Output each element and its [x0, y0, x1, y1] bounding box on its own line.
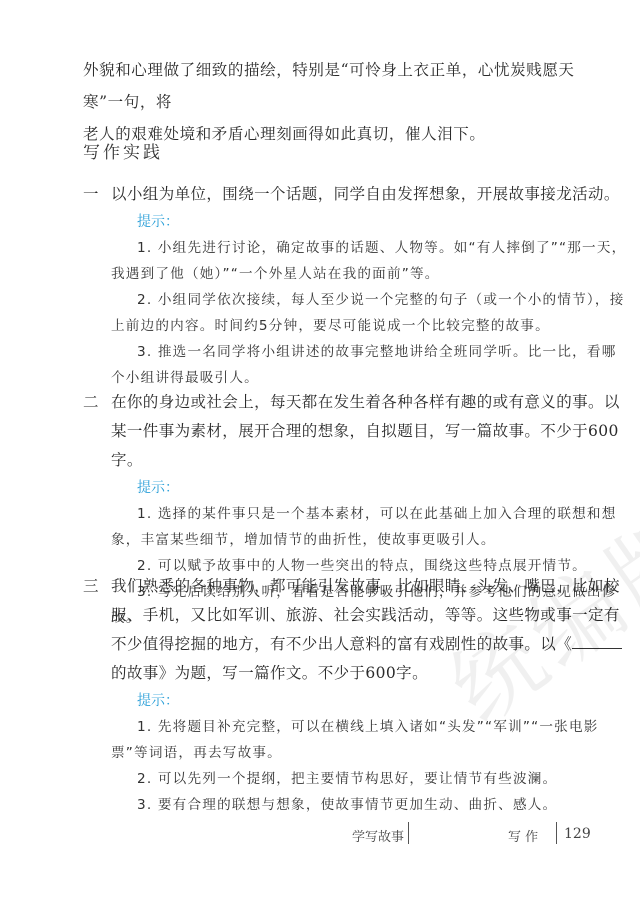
- task-text: 在你的身边或社会上，每天都在发生着各种各样有趣的或有意义的事。以某一件事为素材，…: [111, 388, 628, 475]
- tip-item: 1. 小组先进行讨论，确定故事的话题、人物等。如“有人摔倒了”“那一天，我遇到了…: [111, 235, 628, 287]
- footer-chapter: 学写故事: [352, 826, 404, 845]
- intro-paragraph: 外貌和心理做了细致的描绘，特别是“可怜身上衣正单，心忧炭贱愿天寒”一句，将 老人…: [83, 54, 613, 150]
- task-1: 一 以小组为单位，围绕一个话题，同学自由发挥想象，开展故事接龙活动。 提示： 1…: [83, 180, 628, 391]
- task-text-before-blank: 我们熟悉的各种事物，都可能引发故事，比如眼睛、头发、嘴巴，比如校服、手机，又比如…: [111, 577, 620, 653]
- task-text-after-blank: 的故事》为题，写一篇作文。不少于600字。: [111, 664, 428, 682]
- section-title: 写作实践: [83, 138, 163, 163]
- task-number: 三: [83, 572, 99, 601]
- task-number: 二: [83, 388, 99, 417]
- intro-line-1: 外貌和心理做了细致的描绘，特别是“可怜身上衣正单，心忧炭贱愿天寒”一句，将: [83, 54, 613, 118]
- task-text: 我们熟悉的各种事物，都可能引发故事，比如眼睛、头发、嘴巴，比如校服、手机，又比如…: [111, 572, 628, 688]
- footer-divider: [408, 822, 409, 844]
- tip-item: 3. 推选一名同学将小组讲述的故事完整地讲给全班同学听。比一比，看哪个小组讲得最…: [111, 339, 628, 391]
- task-text: 以小组为单位，围绕一个话题，同学自由发挥想象，开展故事接龙活动。: [111, 180, 628, 209]
- footer-divider: [556, 822, 557, 844]
- task-number: 一: [83, 180, 99, 209]
- task-3: 三 我们熟悉的各种事物，都可能引发故事，比如眼睛、头发、嘴巴，比如校服、手机，又…: [83, 572, 628, 818]
- fill-in-blank-line: [572, 634, 622, 649]
- tip-label: 提示：: [137, 475, 628, 501]
- tip-item: 2. 小组同学依次接续，每人至少说一个完整的句子（或一个小的情节），接上前边的内…: [111, 287, 628, 339]
- tip-label: 提示：: [137, 688, 628, 714]
- textbook-page: 外貌和心理做了细致的描绘，特别是“可怜身上衣正单，心忧炭贱愿天寒”一句，将 老人…: [0, 0, 640, 904]
- page-number: 129: [564, 826, 591, 842]
- tip-item: 1. 先将题目补充完整，可以在横线上填入诸如“头发”“军训”“一张电影票”等词语…: [111, 714, 628, 766]
- tip-item: 2. 可以先列一个提纲，把主要情节构思好，要让情节有些波澜。: [111, 766, 628, 792]
- tip-item: 3. 要有合理的联想与想象，使故事情节更加生动、曲折、感人。: [111, 792, 628, 818]
- footer-section: 写 作: [508, 826, 538, 845]
- tip-label: 提示：: [137, 209, 628, 235]
- tip-item: 1. 选择的某件事只是一个基本素材，可以在此基础上加入合理的联想和想象，丰富某些…: [111, 501, 628, 553]
